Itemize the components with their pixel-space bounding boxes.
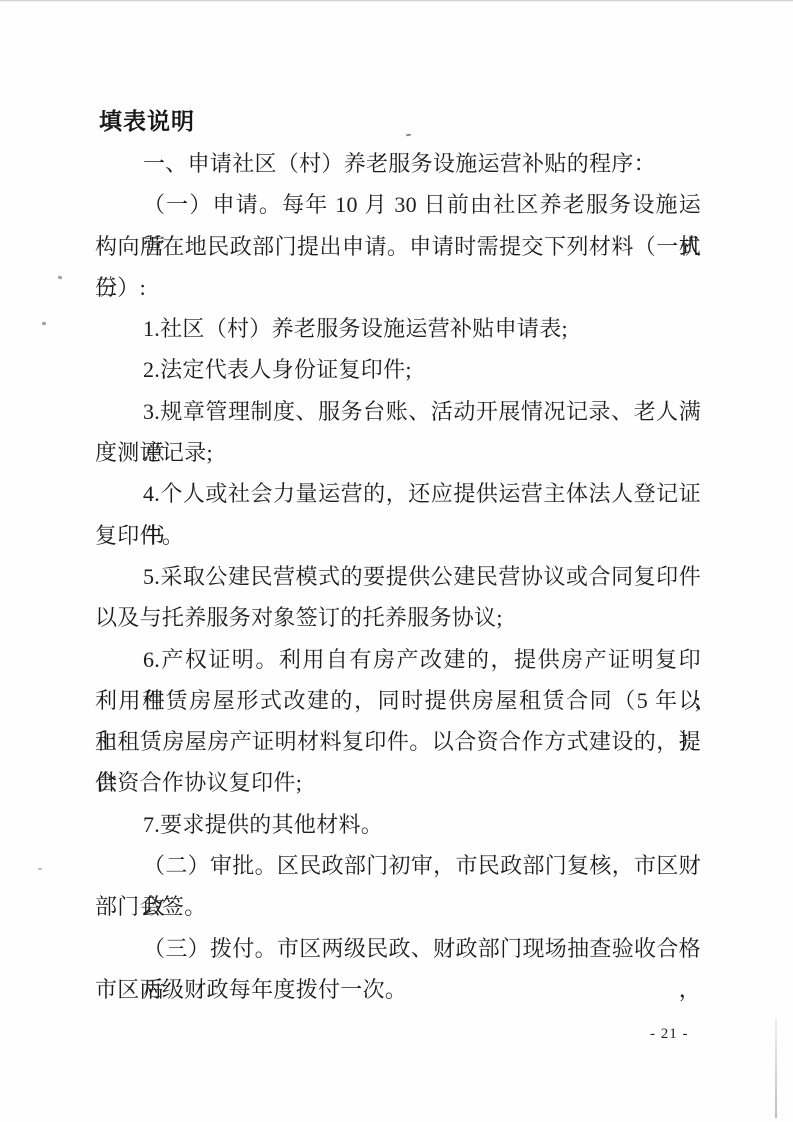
doc-line: 5.采取公建民营模式的要提供公建民营协议或合同复印件	[95, 556, 701, 597]
doc-line: 一、申请社区（村）养老服务设施运营补贴的程序：	[95, 143, 701, 184]
doc-line: 度测评记录;	[95, 432, 701, 473]
doc-line: （三）拨付。市区两级民政、财政部门现场抽查验收合格后，	[95, 928, 701, 969]
doc-line: 份）:	[95, 267, 701, 308]
doc-line: 6.产权证明。利用自有房产改建的，提供房产证明复印件;	[95, 639, 701, 680]
doc-line: 7.要求提供的其他材料。	[95, 804, 701, 845]
scanned-document-page: 填表说明 一、申请社区（村）养老服务设施运营补贴的程序： （一）申请。每年 10…	[0, 0, 793, 1122]
scan-speck-artifact	[42, 322, 47, 326]
scan-speck-artifact	[58, 275, 63, 279]
document-body: 填表说明 一、申请社区（村）养老服务设施运营补贴的程序： （一）申请。每年 10…	[95, 100, 701, 1010]
page-number: - 21 -	[650, 1026, 689, 1043]
doc-line: 复印件。	[95, 515, 701, 556]
doc-line: （一）申请。每年 10 月 30 日前由社区养老服务设施运营机	[95, 184, 701, 225]
doc-line: 构向所在地民政部门提出申请。申请时需提交下列材料（一式三	[95, 226, 701, 267]
doc-line: 2.法定代表人身份证复印件;	[95, 349, 701, 390]
doc-line: 4.个人或社会力量运营的，还应提供运营主体法人登记证书	[95, 473, 701, 514]
scan-top-edge-artifact	[0, 0, 793, 2]
scan-right-edge-artifact	[775, 1018, 777, 1118]
doc-line: 合资合作协议复印件;	[95, 762, 701, 803]
doc-line: 3.规章管理制度、服务台账、活动开展情况记录、老人满意	[95, 391, 701, 432]
scan-speck-artifact	[38, 868, 42, 870]
doc-line: 和租赁房屋房产证明材料复印件。以合资合作方式建设的，提供	[95, 721, 701, 762]
doc-line: 以及与托养服务对象签订的托养服务协议;	[95, 597, 701, 638]
doc-title: 填表说明	[95, 100, 701, 143]
doc-line: （二）审批。区民政部门初审，市民政部门复核，市区财政	[95, 845, 701, 886]
doc-line: 利用租赁房屋形式改建的，同时提供房屋租赁合同（5 年以上）	[95, 680, 701, 721]
doc-line: 部门会签。	[95, 886, 701, 927]
doc-line: 1.社区（村）养老服务设施运营补贴申请表;	[95, 308, 701, 349]
